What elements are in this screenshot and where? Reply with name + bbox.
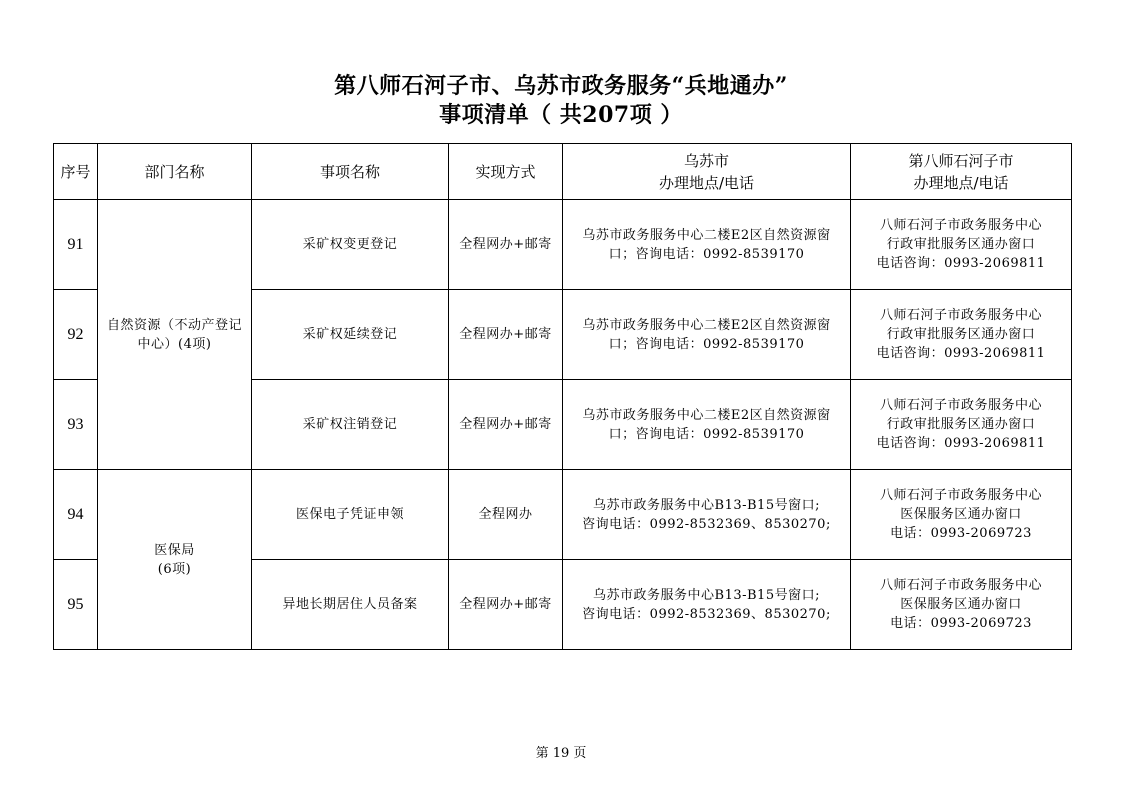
row-number: 93: [54, 380, 98, 470]
item-name: 医保电子凭证申领: [252, 470, 449, 560]
wusu-phone: 咨询电话：0992-8532369、8530270;: [567, 605, 846, 624]
header-wusu-location: 办理地点/电话: [567, 172, 846, 194]
shz-center: 八师石河子市政务服务中心: [855, 486, 1067, 505]
wusu-phone: 口；咨询电话：0992-8539170: [567, 245, 846, 264]
shz-phone: 电话：0993-2069723: [855, 524, 1067, 543]
shz-center: 八师石河子市政务服务中心: [855, 306, 1067, 325]
shz-center: 八师石河子市政务服务中心: [855, 216, 1067, 235]
header-shz: 第八师石河子市 办理地点/电话: [851, 144, 1072, 200]
department-name: 自然资源（不动产登记: [102, 316, 247, 335]
page-number: 第 19 页: [0, 742, 1122, 761]
header-no: 序号: [54, 144, 98, 200]
wusu-location: 乌苏市政务服务中心二楼E2区自然资源窗 口；咨询电话：0992-8539170: [563, 200, 851, 290]
method: 全程网办+邮寄: [449, 560, 563, 650]
wusu-address: 乌苏市政务服务中心二楼E2区自然资源窗: [567, 406, 846, 425]
department-name: 医保局: [102, 541, 247, 560]
shz-window: 医保服务区通办窗口: [855, 505, 1067, 524]
row-number: 94: [54, 470, 98, 560]
table-row: 91 自然资源（不动产登记 中心）(4项) 采矿权变更登记 全程网办+邮寄 乌苏…: [54, 200, 1072, 290]
document-title-line2: 事项清单（ 共207项 ）: [0, 101, 1122, 129]
document-title-line1: 第八师石河子市、乌苏市政务服务“兵地通办”: [0, 72, 1122, 100]
wusu-address: 乌苏市政务服务中心二楼E2区自然资源窗: [567, 316, 846, 335]
shz-location: 八师石河子市政务服务中心 行政审批服务区通办窗口 电话咨询：0993-20698…: [851, 200, 1072, 290]
item-name: 异地长期居住人员备案: [252, 560, 449, 650]
wusu-address: 乌苏市政务服务中心B13-B15号窗口;: [567, 586, 846, 605]
row-number: 95: [54, 560, 98, 650]
header-shz-city: 第八师石河子市: [855, 150, 1067, 172]
method: 全程网办+邮寄: [449, 380, 563, 470]
shz-window: 行政审批服务区通办窗口: [855, 325, 1067, 344]
shz-location: 八师石河子市政务服务中心 行政审批服务区通办窗口 电话咨询：0993-20698…: [851, 290, 1072, 380]
shz-center: 八师石河子市政务服务中心: [855, 576, 1067, 595]
department-cell: 医保局 (6项): [98, 470, 252, 650]
wusu-location: 乌苏市政务服务中心二楼E2区自然资源窗 口；咨询电话：0992-8539170: [563, 290, 851, 380]
row-number: 92: [54, 290, 98, 380]
wusu-phone: 口；咨询电话：0992-8539170: [567, 425, 846, 444]
table-header-row: 序号 部门名称 事项名称 实现方式 乌苏市 办理地点/电话 第八师石河子市 办理…: [54, 144, 1072, 200]
item-name: 采矿权变更登记: [252, 200, 449, 290]
shz-phone: 电话咨询：0993-2069811: [855, 344, 1067, 363]
shz-phone: 电话：0993-2069723: [855, 614, 1067, 633]
header-method: 实现方式: [449, 144, 563, 200]
department-count: (6项): [102, 560, 247, 579]
method: 全程网办+邮寄: [449, 290, 563, 380]
shz-location: 八师石河子市政务服务中心 行政审批服务区通办窗口 电话咨询：0993-20698…: [851, 380, 1072, 470]
header-wusu-city: 乌苏市: [567, 150, 846, 172]
header-shz-location: 办理地点/电话: [855, 172, 1067, 194]
table-row: 94 医保局 (6项) 医保电子凭证申领 全程网办 乌苏市政务服务中心B13-B…: [54, 470, 1072, 560]
wusu-location: 乌苏市政务服务中心B13-B15号窗口; 咨询电话：0992-8532369、8…: [563, 470, 851, 560]
shz-window: 行政审批服务区通办窗口: [855, 235, 1067, 254]
wusu-phone: 咨询电话：0992-8532369、8530270;: [567, 515, 846, 534]
shz-center: 八师石河子市政务服务中心: [855, 396, 1067, 415]
shz-window: 医保服务区通办窗口: [855, 595, 1067, 614]
shz-phone: 电话咨询：0993-2069811: [855, 434, 1067, 453]
department-count: 中心）(4项): [102, 335, 247, 354]
wusu-location: 乌苏市政务服务中心B13-B15号窗口; 咨询电话：0992-8532369、8…: [563, 560, 851, 650]
header-wusu: 乌苏市 办理地点/电话: [563, 144, 851, 200]
wusu-address: 乌苏市政务服务中心B13-B15号窗口;: [567, 496, 846, 515]
method: 全程网办+邮寄: [449, 200, 563, 290]
wusu-phone: 口；咨询电话：0992-8539170: [567, 335, 846, 354]
wusu-address: 乌苏市政务服务中心二楼E2区自然资源窗: [567, 226, 846, 245]
shz-location: 八师石河子市政务服务中心 医保服务区通办窗口 电话：0993-2069723: [851, 470, 1072, 560]
items-table: 序号 部门名称 事项名称 实现方式 乌苏市 办理地点/电话 第八师石河子市 办理…: [53, 143, 1072, 650]
shz-phone: 电话咨询：0993-2069811: [855, 254, 1067, 273]
item-name: 采矿权延续登记: [252, 290, 449, 380]
row-number: 91: [54, 200, 98, 290]
item-name: 采矿权注销登记: [252, 380, 449, 470]
shz-window: 行政审批服务区通办窗口: [855, 415, 1067, 434]
wusu-location: 乌苏市政务服务中心二楼E2区自然资源窗 口；咨询电话：0992-8539170: [563, 380, 851, 470]
shz-location: 八师石河子市政务服务中心 医保服务区通办窗口 电话：0993-2069723: [851, 560, 1072, 650]
header-item: 事项名称: [252, 144, 449, 200]
header-department: 部门名称: [98, 144, 252, 200]
method: 全程网办: [449, 470, 563, 560]
department-cell: 自然资源（不动产登记 中心）(4项): [98, 200, 252, 470]
